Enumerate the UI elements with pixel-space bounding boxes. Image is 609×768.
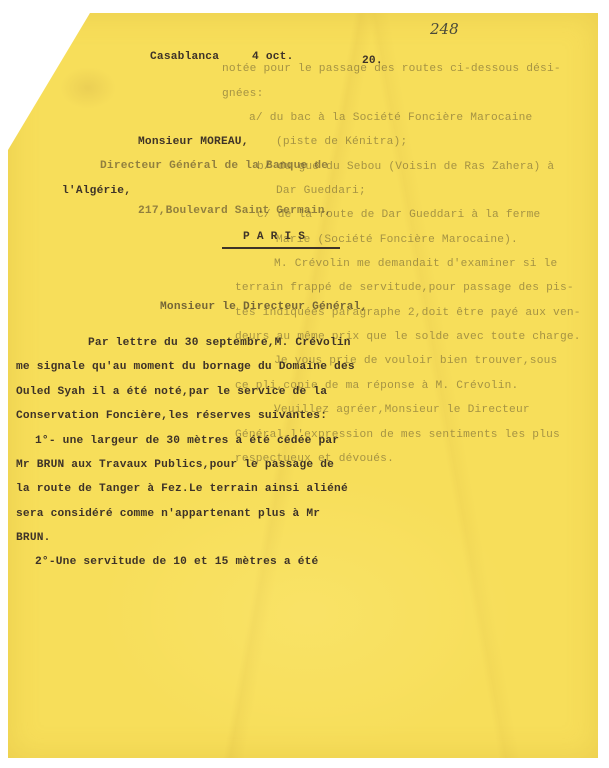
body-line: Par lettre du 30 septembre,M. Crévolin (88, 338, 351, 349)
bleed-line: gnées: (222, 89, 263, 100)
handwritten-page-number: 248 (430, 20, 459, 38)
bleed-line: notée pour le passage des routes ci-dess… (222, 64, 561, 75)
body-line: me signale qu'au moment du bornage du Do… (16, 362, 355, 373)
city: P A R I S (243, 232, 305, 243)
bleed-line: a/ du bac à la Société Foncière Marocain… (249, 113, 532, 124)
city-underline (222, 247, 340, 249)
date-year: 20. (362, 56, 383, 67)
bleed-line: terrain frappé de servitude,pour passage… (235, 283, 574, 294)
recipient-address: 217,Boulevard Saint Germain, (138, 206, 332, 217)
salutation: Monsieur le Directeur Général, (160, 302, 367, 313)
bleed-line: Marie (Société Foncière Marocaine). (276, 235, 518, 246)
recipient-title-line2: l'Algérie, (62, 186, 131, 197)
recipient-title-line1: Directeur Général de la Banque de (100, 161, 328, 172)
body-line: Ouled Syah il a été noté,par le service … (16, 387, 327, 398)
date-day: 4 oct. (252, 52, 293, 63)
bleed-line: (piste de Kénitra); (276, 137, 407, 148)
body-line: Mr BRUN aux Travaux Publics,pour le pass… (16, 460, 334, 471)
body-line: Conservation Foncière,les réserves suiva… (16, 411, 327, 422)
date-place: Casablanca (150, 52, 219, 63)
body-line: BRUN. (16, 533, 51, 544)
bleed-line: M. Crévolin me demandait d'examiner si l… (274, 259, 557, 270)
body-line: 1°- une largeur de 30 mètres a été cédée… (35, 436, 339, 447)
body-line: 2°-Une servitude de 10 et 15 mètres a ét… (35, 557, 318, 568)
body-line: la route de Tanger à Fez.Le terrain ains… (16, 484, 348, 495)
recipient-name: Monsieur MOREAU, (138, 137, 249, 148)
bleed-line: Dar Gueddari; (276, 186, 366, 197)
body-line: sera considéré comme n'appartenant plus … (16, 509, 320, 520)
